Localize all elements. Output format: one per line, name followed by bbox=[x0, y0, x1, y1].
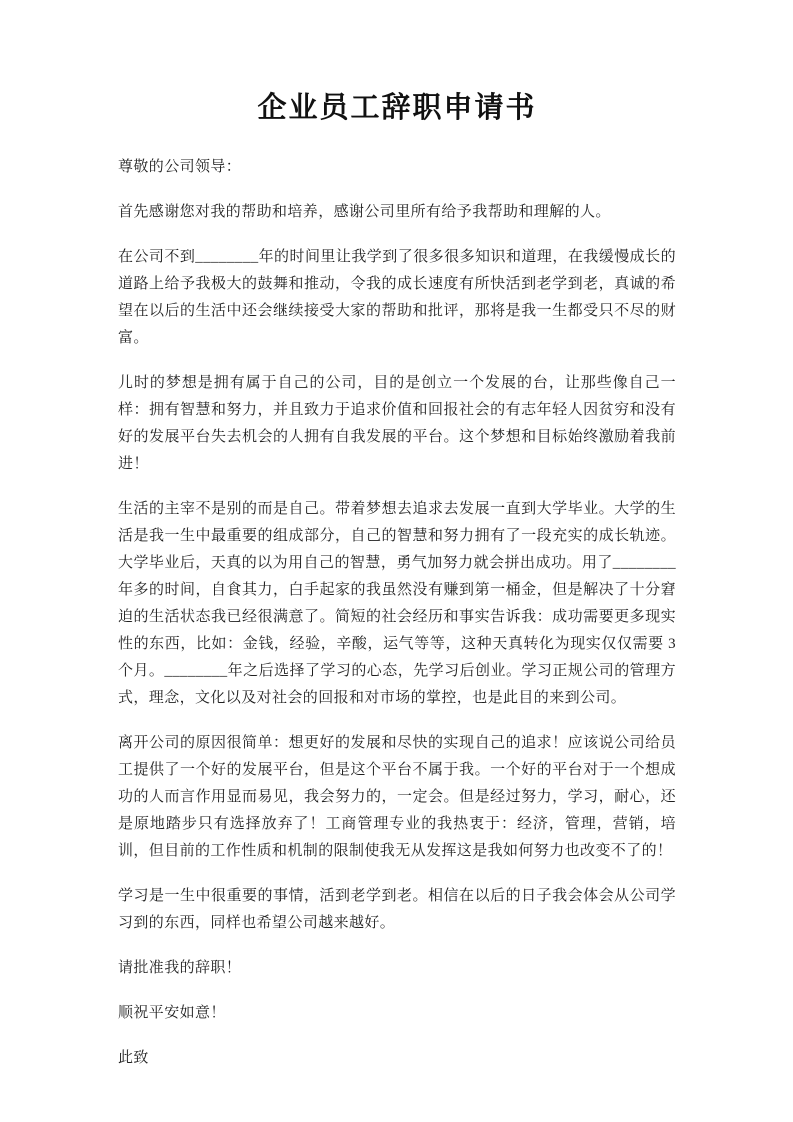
salutation-line: 尊敬的公司领导： bbox=[118, 154, 676, 181]
body-paragraph-thanks: 首先感谢您对我的帮助和培养，感谢公司里所有给予我帮助和理解的人。 bbox=[118, 199, 676, 226]
body-paragraph-lifelong-learning: 学习是一生中很重要的事情，活到老学到老。相信在以后的日子我会体会从公司学习到的东… bbox=[118, 883, 676, 937]
body-paragraph-life-master: 生活的主宰不是别的而是自己。带着梦想去追求去发展一直到大学毕业。大学的生活是我一… bbox=[118, 496, 676, 712]
body-paragraph-company-time: 在公司不到________年的时间里让我学到了很多很多知识和道理，在我缓慢成长的… bbox=[118, 244, 676, 352]
document-title: 企业员工辞职申请书 bbox=[118, 88, 676, 128]
closing-request-line: 请批准我的辞职！ bbox=[118, 955, 676, 982]
document-content: 企业员工辞职申请书 尊敬的公司领导： 首先感谢您对我的帮助和培养，感谢公司里所有… bbox=[0, 0, 793, 1072]
body-paragraph-leaving-reason: 离开公司的原因很简单：想更好的发展和尽快的实现自己的追求！应该说公司给员工提供了… bbox=[118, 730, 676, 865]
closing-salute-line: 此致 bbox=[118, 1045, 676, 1072]
body-paragraph-childhood-dream: 儿时的梦想是拥有属于自己的公司，目的是创立一个发展的台，让那些像自己一样：拥有智… bbox=[118, 370, 676, 478]
document-page: 企业员工辞职申请书 尊敬的公司领导： 首先感谢您对我的帮助和培养，感谢公司里所有… bbox=[0, 0, 793, 1122]
closing-wish-line: 顺祝平安如意！ bbox=[118, 1000, 676, 1027]
